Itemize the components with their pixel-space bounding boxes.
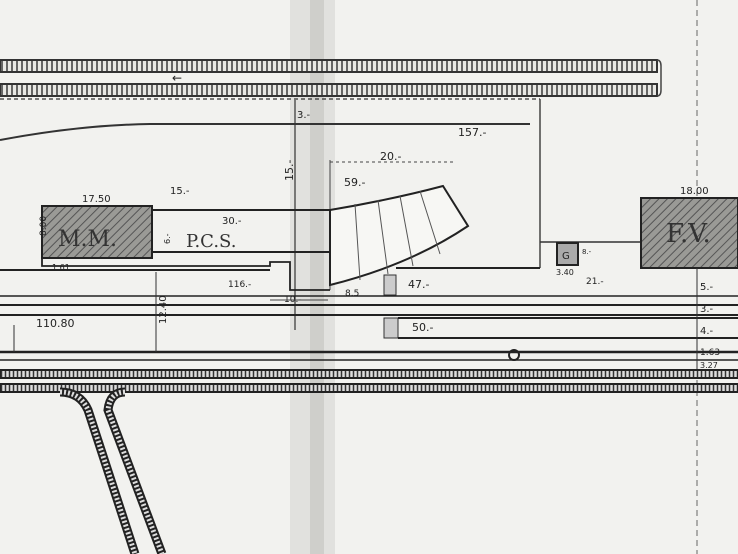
building-fv: F.V. 18.00 <box>641 186 738 268</box>
building-small: G 8.- 3.40 21.- <box>540 242 640 287</box>
svg-text:21.-: 21.- <box>586 277 604 287</box>
svg-text:8.-: 8.- <box>582 248 592 256</box>
svg-text:18.00: 18.00 <box>680 186 709 197</box>
svg-text:P.C.S.: P.C.S. <box>186 231 236 252</box>
direction-arrow: ← <box>172 71 182 85</box>
svg-text:15.-: 15.- <box>170 186 190 197</box>
svg-text:F.V.: F.V. <box>666 219 711 249</box>
curved-platform <box>330 186 468 285</box>
svg-text:30.-: 30.- <box>222 216 242 227</box>
svg-text:G: G <box>562 251 570 262</box>
bottom-track <box>0 370 738 392</box>
svg-text:M.M.: M.M. <box>58 227 117 252</box>
svg-text:110.80: 110.80 <box>36 317 75 330</box>
building-mm: M.M. 17.50 8.00 1.61 <box>39 194 152 272</box>
branch-track <box>60 392 162 554</box>
svg-text:8.5: 8.5 <box>345 289 359 299</box>
svg-text:157.-: 157.- <box>458 126 486 139</box>
svg-text:5.-: 5.- <box>700 282 714 293</box>
svg-text:17.50: 17.50 <box>82 194 111 205</box>
svg-text:47.-: 47.- <box>408 278 429 291</box>
site-plan: ← 3.- 157.- 15.- 20.- 59.- M.M. 17.50 8.… <box>0 0 738 554</box>
svg-text:12.40: 12.40 <box>158 295 169 324</box>
svg-text:3.-: 3.- <box>700 304 714 315</box>
svg-text:4.-: 4.- <box>700 326 714 337</box>
drawing-canvas: ← 3.- 157.- 15.- 20.- 59.- M.M. 17.50 8.… <box>0 0 738 554</box>
svg-text:20.-: 20.- <box>380 150 401 163</box>
svg-text:3.-: 3.- <box>297 110 311 121</box>
svg-text:1.63: 1.63 <box>700 348 720 358</box>
svg-text:116.-: 116.- <box>228 280 251 290</box>
svg-text:6.-: 6.- <box>163 233 172 244</box>
svg-text:3.27: 3.27 <box>700 361 718 370</box>
svg-text:15.-: 15.- <box>283 160 296 181</box>
svg-text:59.-: 59.- <box>344 176 365 189</box>
svg-text:50.-: 50.- <box>412 321 433 334</box>
svg-text:8.00: 8.00 <box>39 216 49 236</box>
svg-text:3.40: 3.40 <box>556 268 574 277</box>
